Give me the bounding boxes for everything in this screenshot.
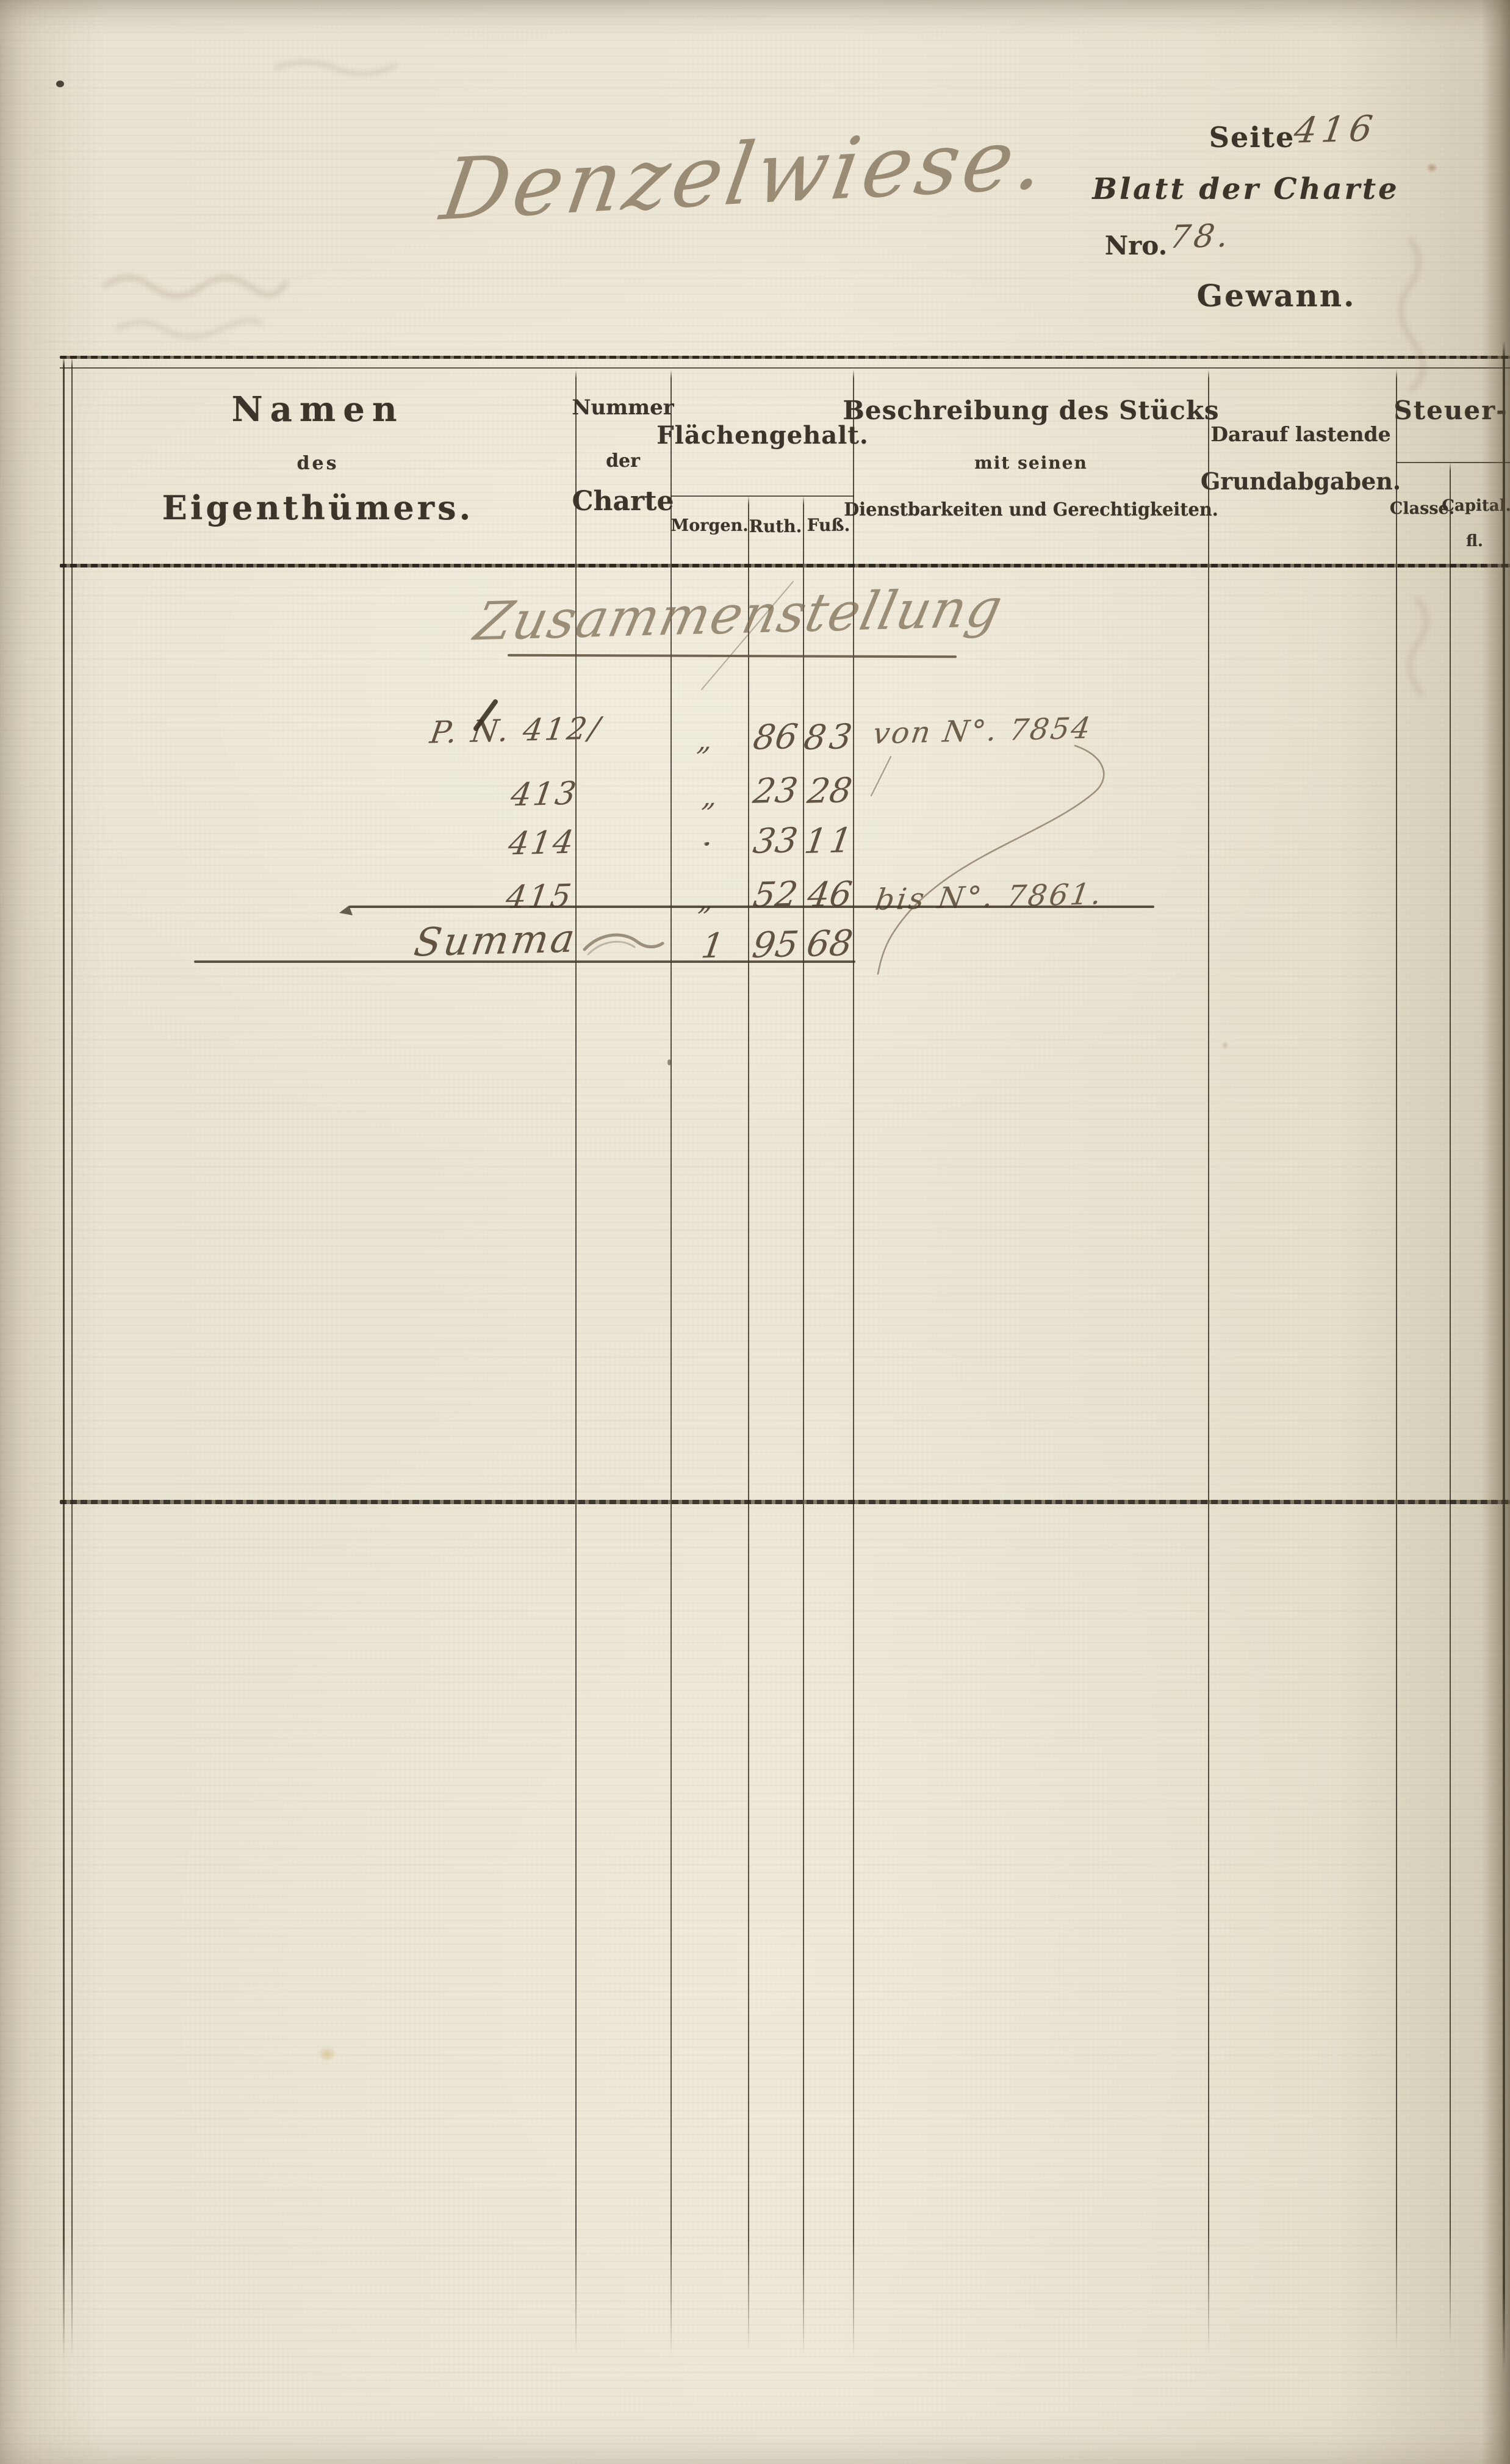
row-412-ruth: 86 [746,717,805,758]
header-nummer-line2: der [606,450,640,472]
header-bottom-rule [60,564,1510,567]
row-415-note: bis N°. 7861. [873,877,1106,917]
row-412-fuss: 83 [801,717,858,758]
row-413-name: 413 [508,776,580,814]
paper-texture [0,0,1510,2464]
nro-value: 78. [1167,218,1234,256]
rule-below-summa [194,960,855,963]
summa-fuss: 68 [801,922,859,965]
summa-dash-curve-2 [588,942,635,954]
summa-label: Summa [411,917,580,966]
page-title-handwritten: Denzelwiese. [435,109,1055,239]
section-title-zusammenstellung: Zusammenstellung [469,577,1008,652]
row-414-ruth: 33 [746,821,805,862]
ink-speck-row-divider [667,1059,671,1065]
header-beschreibung-line2: mit seinen [974,453,1088,473]
header-namen-line1: Namen [231,389,404,430]
rule-above-summa [349,906,1154,908]
ink-speck-top-left [56,81,64,87]
mid-page-section-rule [60,1500,1510,1504]
page-right-edge-shadow [1482,0,1510,2464]
header-namen-line3: Eigenthümers. [162,488,474,527]
nro-label: Nro. [1105,231,1167,261]
row-415-morgen: „ [697,884,716,917]
row-412-note: von N°. 7854 [871,711,1095,751]
ledger-page: Denzelwiese. Seite 416 Blatt der Charte … [0,0,1510,2464]
divider-beschreibung-grundabgaben [1208,370,1209,2353]
header-namen-line2: des [297,453,339,474]
row-413-ruth: 23 [746,771,805,812]
row-414-fuss: 11 [801,821,858,862]
seite-label: Seite [1209,121,1295,154]
divider-nummer-flaeche [671,370,672,2357]
summa-dash-curve-1 [584,935,663,949]
row-412-morgen: „ [696,724,715,757]
header-nummer-line3: Charte [572,486,674,517]
header-grundabgaben-line2: Grundabgaben. [1201,467,1401,495]
row-412-name: P. N. 412/ [428,710,605,750]
divider-grundabgaben-steuer [1396,370,1397,2349]
header-beschreibung-line3: Dienstbarkeiten und Gerechtigkeiten. [844,499,1218,521]
table-top-rule-heavy [60,356,1510,359]
flaechengehalt-subrule [671,495,854,497]
header-steuer-fl: fl. [1466,532,1483,550]
row-413-morgen: „ [700,780,720,813]
header-nummer-line1: Nummer [572,395,674,420]
table-left-border-outer [63,357,65,2360]
header-flaechengehalt: Flächengehalt. [656,421,869,450]
divider-morgen-ruth [748,496,749,2351]
blatt-der-charte-label: Blatt der Charte [1092,172,1399,206]
note-brace-flourish [878,746,1104,974]
divider-classe-capital [1450,463,1451,2346]
row-415-ruth: 52 [746,874,805,915]
pen-strokes-layer [0,0,1510,2464]
header-morgen: Morgen. [671,516,748,535]
row-415-fuss: 46 [801,874,858,915]
row-414-name: 414 [506,824,578,863]
header-grundabgaben-line1: Darauf lastende [1210,422,1390,446]
table-top-rule-thin [60,367,1510,369]
paper-fibers [0,0,1510,2464]
header-beschreibung-line1: Beschreibung des Stücks [843,395,1219,425]
row-413-fuss: 28 [801,771,858,812]
summa-ruth: 95 [746,923,805,966]
seite-value: 416 [1292,107,1381,151]
gewann-label: Gewann. [1196,278,1356,314]
divider-fuss-beschreibung [853,370,854,2358]
table-left-border-inner [71,357,73,2356]
von-upstroke [871,757,891,796]
ink-speck-mid [704,842,708,846]
divider-namen-nummer [575,370,577,2352]
row-415-name: 415 [503,878,575,917]
header-ruth: Ruth. [749,516,802,536]
